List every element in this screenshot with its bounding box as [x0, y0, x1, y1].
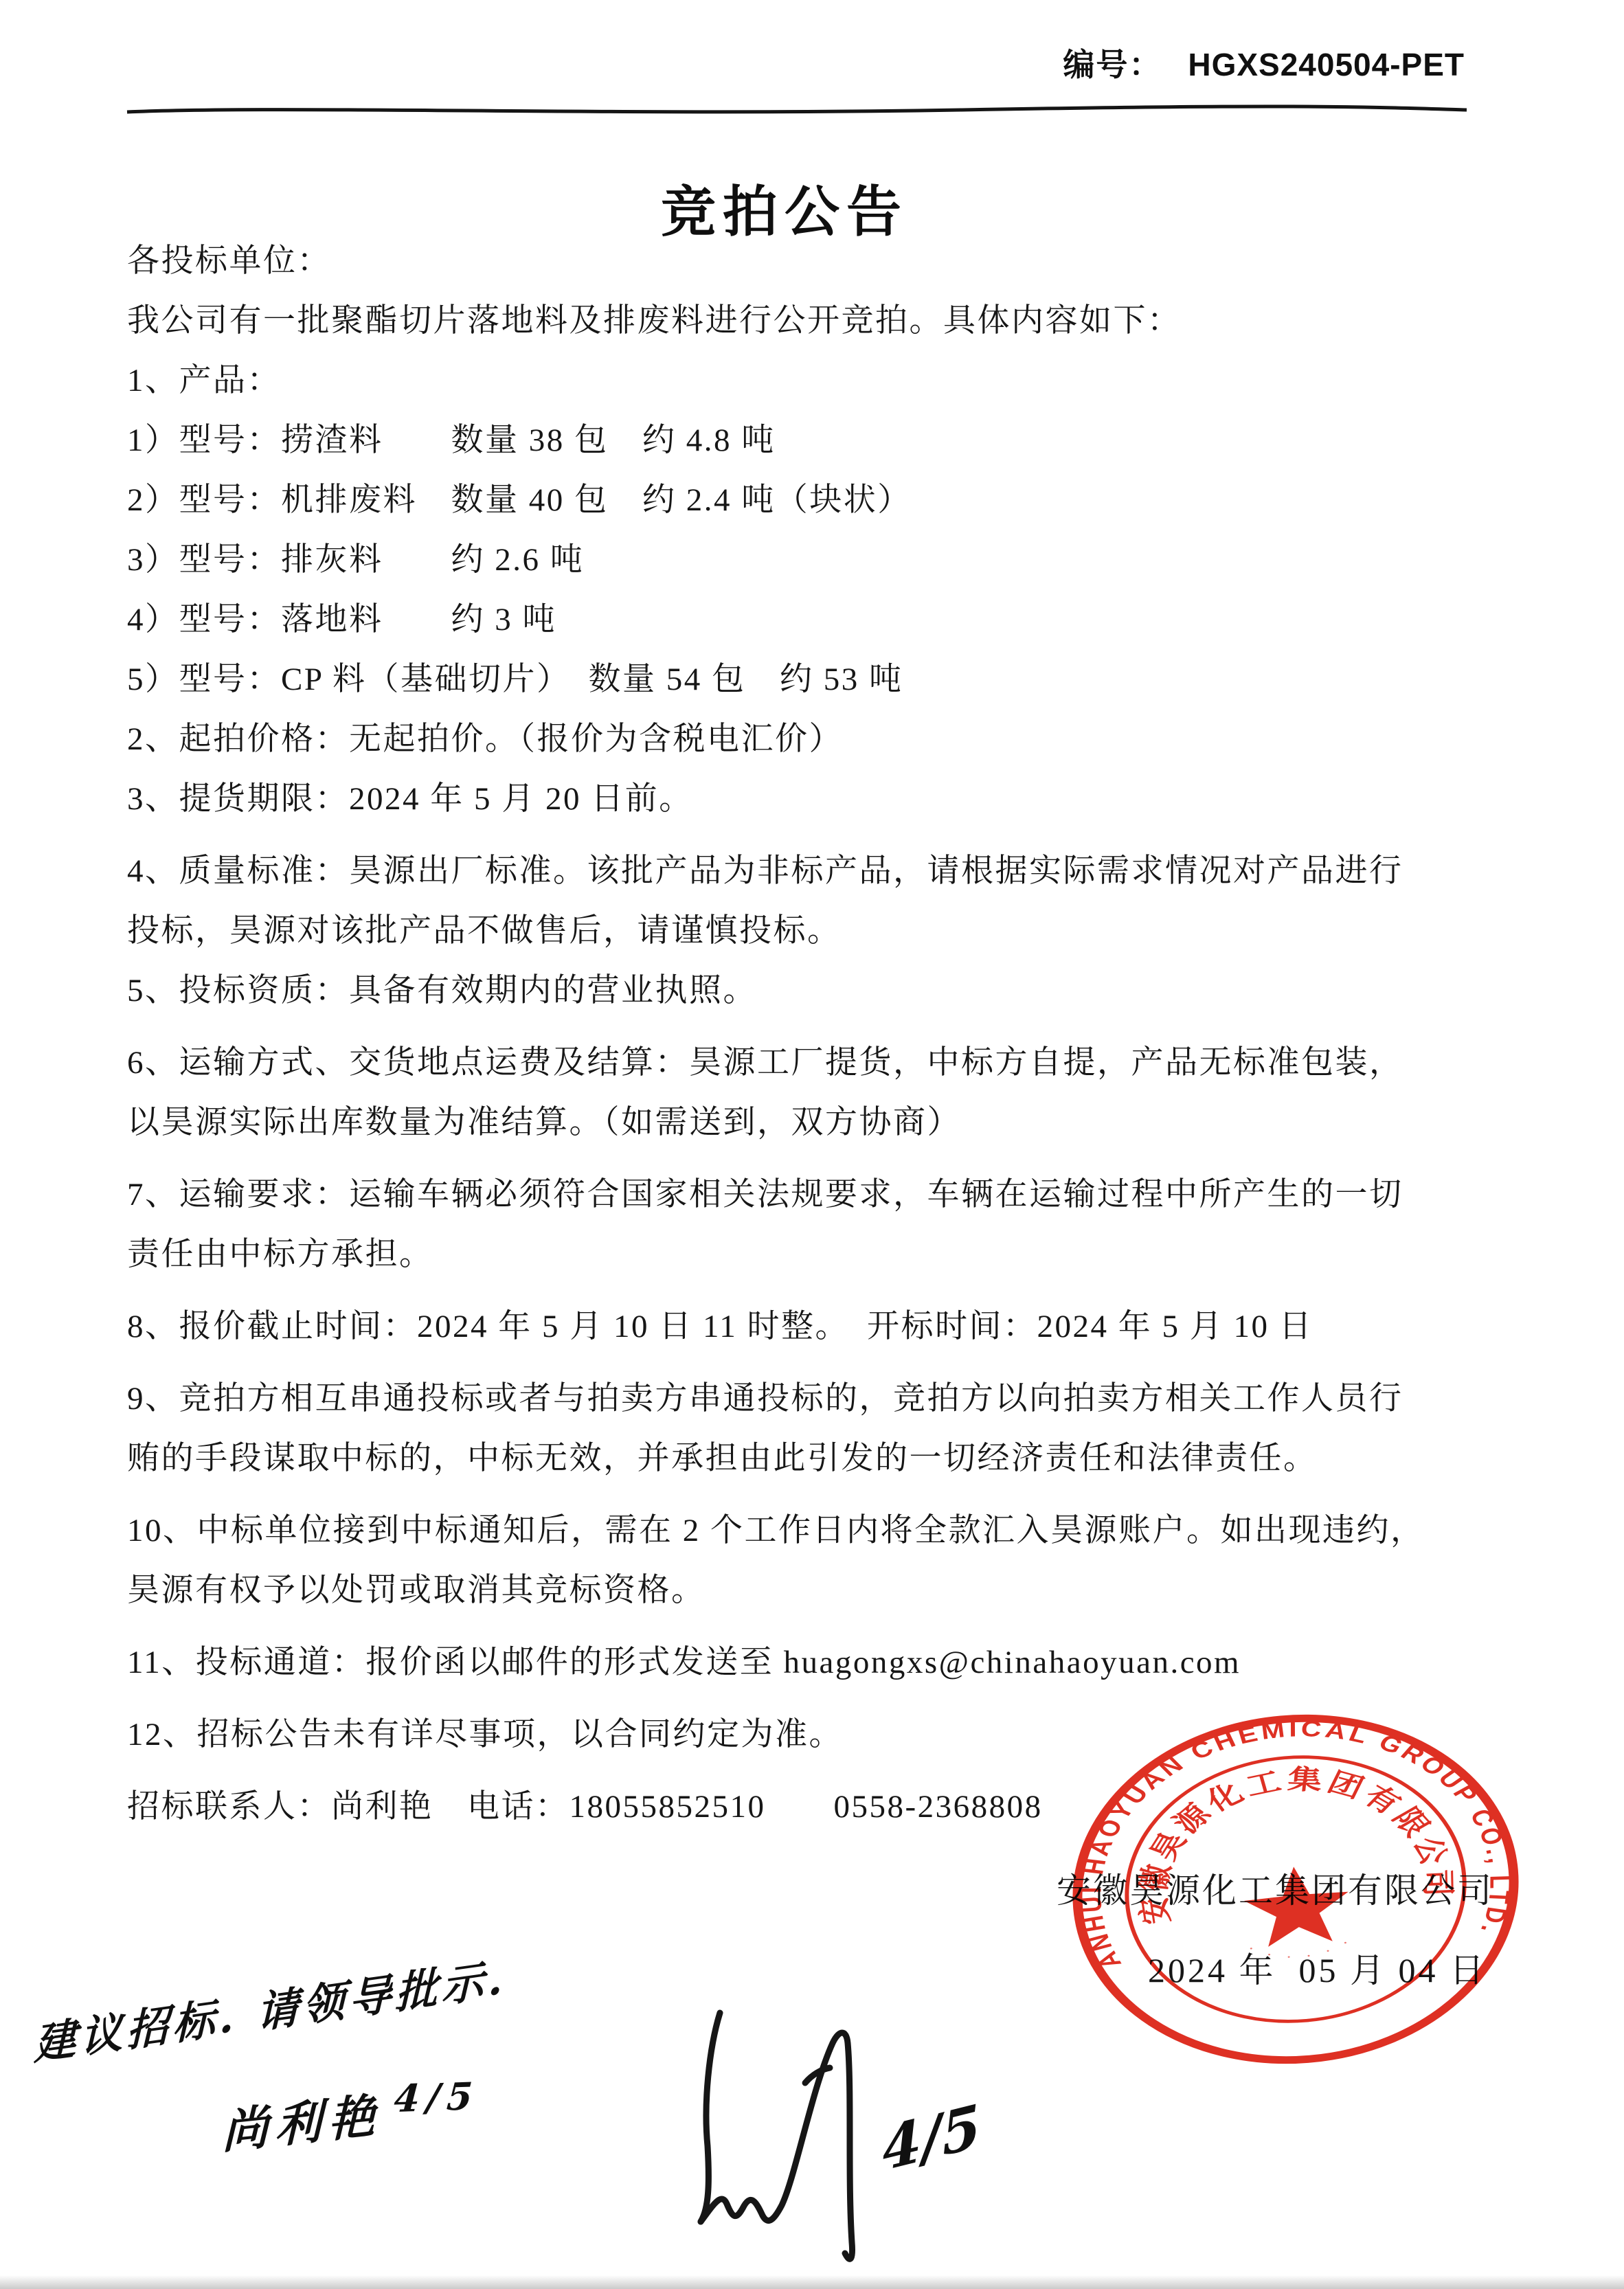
document-line: 各投标单位：	[127, 232, 1501, 291]
document-line: 责任由中标方承担。	[127, 1225, 1501, 1285]
document-line: 以昊源实际出库数量为准结算。（如需送到，双方协商）	[127, 1093, 1501, 1153]
document-line: 11、投标通道：报价函以邮件的形式发送至 huagongxs@chinahaoy…	[127, 1633, 1501, 1693]
handwritten-name-date: 4/5	[393, 2073, 481, 2121]
document-line: 1）型号：捞渣料 数量 38 包 约 4.8 吨	[127, 411, 1501, 471]
handwritten-signer-name: 尚利艳4/5	[222, 2068, 480, 2162]
document-line: 5、投标资质：具备有效期内的营业执照。	[127, 961, 1501, 1021]
document-line: 1、产品：	[127, 351, 1501, 411]
handwritten-approval-note: 建议招标. 请领导批示.	[34, 1943, 506, 2072]
seal-bottom-marks: · · · · · ·	[1242, 1932, 1360, 1970]
document-line: 2）型号：机排废料 数量 40 包 约 2.4 吨（块状）	[127, 471, 1501, 530]
document-line: 5）型号：CP 料（基础切片） 数量 54 包 约 53 吨	[127, 650, 1501, 710]
document-line: 3、提货期限：2024 年 5 月 20 日前。	[127, 769, 1501, 829]
star-icon	[1241, 1862, 1352, 1949]
document-line: 4、质量标准：昊源出厂标准。该批产品为非标产品，请根据实际需求情况对产品进行	[127, 842, 1501, 901]
document-line: 2、起拍价格：无起拍价。（报价为含税电汇价）	[127, 710, 1501, 769]
document-line: 投标，昊源对该批产品不做售后，请谨慎投标。	[127, 901, 1501, 961]
document-line: 贿的手段谋取中标的，中标无效，并承担由此引发的一切经济责任和法律责任。	[127, 1429, 1501, 1489]
document-line: 昊源有权予以处罚或取消其竞标资格。	[127, 1561, 1501, 1621]
scanner-edge-shadow	[0, 2275, 1624, 2289]
handwritten-name-text: 尚利艳	[222, 2088, 382, 2160]
document-line: 6、运输方式、交货地点运费及结算：昊源工厂提货，中标方自提，产品无标准包装，	[127, 1033, 1501, 1093]
document-line: 4）型号：落地料 约 3 吨	[127, 590, 1501, 650]
company-seal-stamp: ANHUI HAOYUAN CHEMICAL GROUP CO., LTD. 安…	[1066, 1712, 1525, 2069]
document-line: 10、中标单位接到中标通知后，需在 2 个工作日内将全款汇入昊源账户。如出现违约…	[127, 1501, 1501, 1561]
document-line: 我公司有一批聚酯切片落地料及排废料进行公开竞拍。具体内容如下：	[127, 291, 1501, 351]
document-line: 9、竞拍方相互串通投标或者与拍卖方串通投标的，竞拍方以向拍卖方相关工作人员行	[127, 1369, 1501, 1429]
document-line: 3）型号：排灰料 约 2.6 吨	[127, 530, 1501, 590]
document-line: 8、报价截止时间：2024 年 5 月 10 日 11 时整。 开标时间：202…	[127, 1297, 1501, 1357]
scanned-document-page: 编号：HGXS240504-PET 竞拍公告 各投标单位：我公司有一批聚酯切片落…	[0, 0, 1624, 2289]
document-line: 7、运输要求：运输车辆必须符合国家相关法规要求，车辆在运输过程中所产生的一切	[127, 1165, 1501, 1225]
header-divider-line	[0, 0, 1624, 137]
document-body: 各投标单位：我公司有一批聚酯切片落地料及排废料进行公开竞拍。具体内容如下：1、产…	[127, 232, 1501, 1837]
